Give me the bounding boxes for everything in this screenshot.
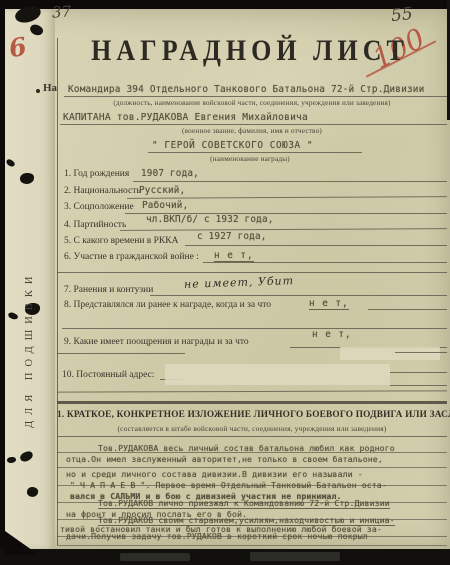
scanned-document: 37 6 55 100 ДЛЯ ПОДШИВКИ НАГРАДНОЙ ЛИСТ … — [0, 0, 450, 565]
rule-line — [57, 353, 185, 354]
field-label: Ранения и контузии — [74, 285, 154, 295]
field-label: С какого времени в РККА — [74, 236, 179, 246]
field-number: 2. — [64, 186, 71, 196]
field-number: 9. — [64, 337, 71, 347]
rule-line — [395, 352, 447, 353]
field-9-value: н е т, — [312, 329, 352, 340]
assignment-caption: (должность, наименование войсковой части… — [57, 99, 447, 107]
field-5-label: 5. С какого времени в РККА — [64, 236, 178, 246]
field-7-label: 7. Ранения и контузии — [64, 285, 153, 295]
field-number: 10. — [62, 370, 74, 380]
field-2-label: 2. Национальность — [64, 186, 141, 196]
document-title: НАГРАДНОЙ ЛИСТ — [75, 34, 425, 68]
rule-line — [368, 309, 447, 310]
field-4-value: чл.ВКП/б/ с 1932 года, — [146, 214, 274, 225]
scan-artifact — [120, 553, 190, 561]
rule-line — [60, 124, 447, 125]
field-label: Год рождения — [74, 169, 130, 179]
field-3-label: 3. Соцположение — [64, 202, 134, 212]
field-1-value: 1907 года, — [141, 168, 199, 179]
na-label: На — [43, 82, 57, 94]
field-8-value: н е т, — [309, 298, 349, 310]
rule-line — [390, 372, 447, 373]
section-title: 1. КРАТКОЕ, КОНКРЕТНОЕ ИЗЛОЖЕНИЕ ЛИЧНОГО… — [57, 410, 447, 420]
rule-line — [57, 436, 447, 437]
heavy-divider-line — [57, 401, 447, 404]
rule-line — [62, 328, 447, 329]
citation-line: отца.Он имел заслуженный авторитет,не то… — [66, 454, 383, 464]
field-6-value: н е т, — [214, 250, 254, 262]
rule-line — [57, 467, 447, 468]
erased-area — [165, 364, 390, 385]
section-caption: (составляется в штабе войсковой части, с… — [57, 424, 447, 433]
field-label: Соцположение — [74, 202, 134, 212]
citation-line: дачи.Получив задачу тов.РУДАКОВ в коротк… — [66, 531, 368, 541]
name-caption: (военное звание, фамилия, имя и отчество… — [57, 127, 447, 135]
form-border-line — [57, 38, 58, 545]
erased-area — [340, 347, 440, 360]
field-number: 4. — [64, 220, 71, 230]
field-number: 6. — [64, 252, 71, 262]
pencil-page-number-top-left: 37 — [51, 2, 71, 21]
field-4-label: 4. Партийность — [64, 220, 126, 230]
field-label: Постоянный адрес: — [76, 370, 154, 380]
field-number: 1. — [64, 169, 71, 179]
award-value: " ГЕРОЙ СОВЕТСКОГО СОЮЗА " — [152, 140, 313, 151]
name-value: КАПИТАНА тов.РУДАКОВА Евгения Михайлович… — [63, 112, 308, 123]
divider-line — [57, 272, 447, 273]
citation-line: Тов.РУДАКОВ лично приезжал к Командовани… — [98, 498, 390, 509]
field-10-label: 10. Постоянный адрес: — [62, 370, 154, 380]
rule-line — [150, 295, 447, 296]
field-number: 7. — [64, 285, 71, 295]
scan-artifact — [250, 552, 340, 561]
rule-line — [185, 245, 447, 246]
rule-line — [390, 385, 447, 386]
field-label: Национальность — [74, 186, 141, 196]
scan-edge-bottom — [0, 549, 450, 565]
field-8-label: 8. Представлялся ли ранее к награде, ког… — [64, 300, 271, 310]
field-label: Участие в гражданской войне : — [74, 252, 199, 262]
citation-line: Тов.РУДАКОВА весь личный состав батальон… — [98, 443, 395, 453]
rule-line — [148, 152, 362, 153]
field-label: Какие имеет поощрения и награды и за что — [74, 337, 249, 347]
field-1-label: 1. Год рождения — [64, 169, 129, 179]
scan-edge-left — [0, 0, 5, 565]
field-9-label: 9. Какие имеет поощрения и награды и за … — [64, 337, 249, 347]
paper-corner-fold — [5, 531, 39, 555]
field-3-value: Рабочий, — [142, 200, 188, 211]
field-label: Представлялся ли ранее к награде, когда … — [74, 300, 272, 310]
filing-margin-text: ДЛЯ ПОДШИВКИ — [24, 271, 35, 428]
citation-line: но и среди личного состава дивизии.В див… — [66, 469, 363, 479]
field-5-value: с 1927 года, — [197, 231, 267, 242]
field-6-label: 6. Участие в гражданской войне : — [64, 252, 199, 262]
field-label: Партийность — [74, 220, 127, 230]
field-number: 5. — [64, 236, 71, 246]
citation-line: " Ч А П А Е В ". Первое время Отдельный … — [70, 480, 387, 490]
rule-line — [133, 181, 447, 182]
field-number: 3. — [64, 202, 71, 212]
rule-line — [203, 262, 447, 263]
award-caption: (наименование награды) — [120, 155, 380, 163]
bullet-dot — [36, 89, 40, 93]
assignment-value: Командира 394 Отдельного Танкового Батал… — [68, 84, 425, 95]
field-2-value: Русский, — [139, 185, 185, 196]
field-number: 8. — [64, 300, 71, 310]
rule-line — [64, 96, 447, 97]
rule-line — [57, 545, 447, 546]
